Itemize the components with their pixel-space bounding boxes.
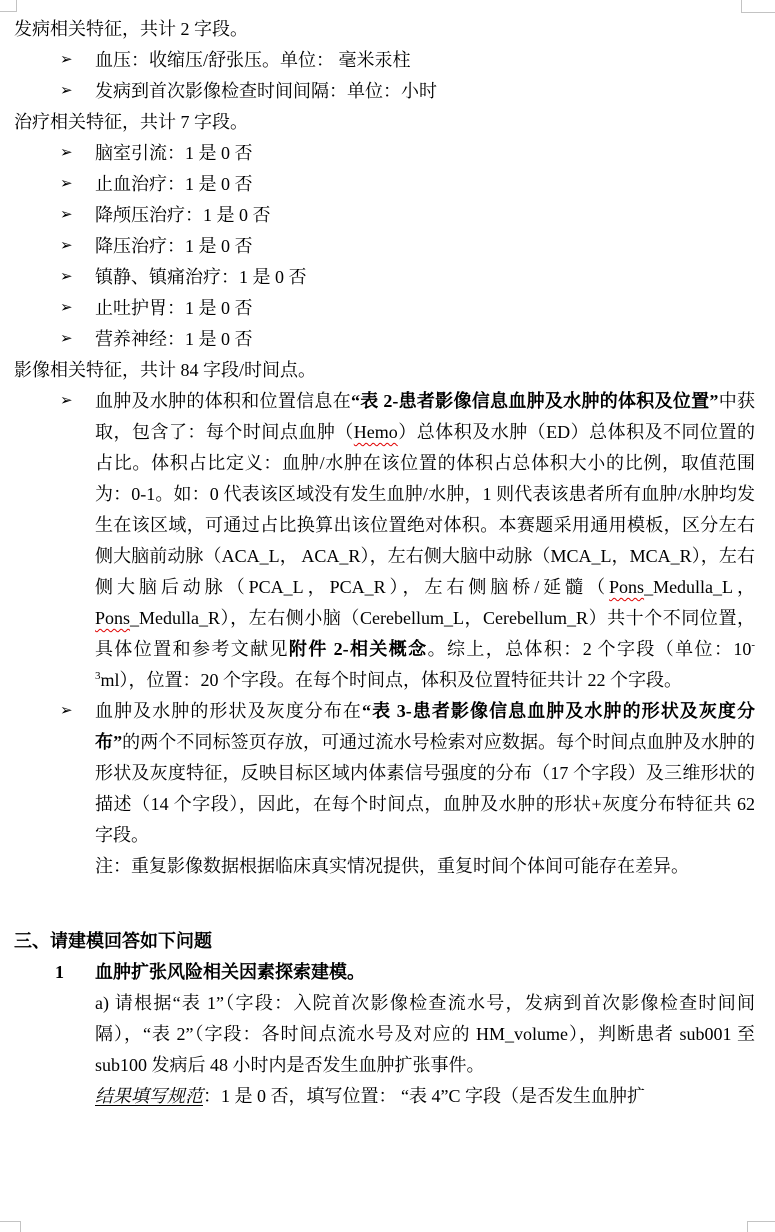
text-run: 血肿及水肿的形状及灰度分布在 bbox=[95, 701, 362, 721]
list-item-text: 营养神经：1 是 0 否 bbox=[95, 324, 755, 355]
list-item-antiemetic: ➢ 止吐护胃：1 是 0 否 bbox=[14, 293, 755, 324]
question1-title: 血肿扩张风险相关因素探索建模。 bbox=[95, 957, 365, 988]
arrow-bullet-icon: ➢ bbox=[60, 200, 95, 231]
document-page: 发病相关特征，共计 2 字段。 ➢ 血压：收缩压/舒张压。单位： 毫米汞柱 ➢ … bbox=[0, 0, 775, 1232]
table2-title-bold: “表 2-患者影像信息血肿及水肿的体积及位置” bbox=[351, 391, 718, 411]
section3-heading: 三、请建模回答如下问题 bbox=[14, 926, 755, 957]
list-item-antihypertensive: ➢ 降压治疗：1 是 0 否 bbox=[14, 231, 755, 262]
text-run: 。综上，总体积：2 个字段（单位：10 bbox=[428, 639, 752, 659]
crop-mark-bottom-left-icon bbox=[0, 1221, 21, 1232]
treatment-section-heading: 治疗相关特征，共计 7 字段。 bbox=[14, 107, 755, 138]
spellcheck-pons-l: Pons bbox=[609, 577, 644, 597]
list-item-onset-interval: ➢ 发病到首次影像检查时间间隔：单位：小时 bbox=[14, 76, 755, 107]
arrow-bullet-icon: ➢ bbox=[60, 138, 95, 169]
list-item-text: 降颅压治疗：1 是 0 否 bbox=[95, 200, 755, 231]
list-item-icp-lowering: ➢ 降颅压治疗：1 是 0 否 bbox=[14, 200, 755, 231]
text-run: ml），位置：20 个字段。在每个时间点，体积及位置特征共计 22 个字段。 bbox=[101, 670, 683, 690]
imaging-volume-position-paragraph: ➢ 血肿及水肿的体积和位置信息在“表 2-患者影像信息血肿及水肿的体积及位置”中… bbox=[14, 386, 755, 696]
question1-number: 1 bbox=[55, 957, 95, 988]
list-item-text: 发病到首次影像检查时间间隔：单位：小时 bbox=[95, 76, 755, 107]
list-item-sedation: ➢ 镇静、镇痛治疗：1 是 0 否 bbox=[14, 262, 755, 293]
arrow-bullet-icon: ➢ bbox=[60, 76, 95, 107]
arrow-bullet-icon: ➢ bbox=[60, 169, 95, 200]
list-item-ventricular-drainage: ➢ 脑室引流：1 是 0 否 bbox=[14, 138, 755, 169]
spellcheck-hemo: Hemo bbox=[354, 422, 398, 442]
arrow-bullet-icon: ➢ bbox=[60, 324, 95, 355]
arrow-bullet-icon: ➢ bbox=[60, 386, 95, 696]
list-item-text: 止血治疗：1 是 0 否 bbox=[95, 169, 755, 200]
list-item-text: 降压治疗：1 是 0 否 bbox=[95, 231, 755, 262]
arrow-bullet-icon: ➢ bbox=[60, 696, 95, 882]
list-item-hemostasis: ➢ 止血治疗：1 是 0 否 bbox=[14, 169, 755, 200]
text-run: _Medulla_L， bbox=[644, 577, 755, 597]
crop-mark-bottom-right-icon bbox=[747, 1221, 775, 1232]
arrow-bullet-icon: ➢ bbox=[60, 262, 95, 293]
arrow-bullet-icon: ➢ bbox=[60, 231, 95, 262]
crop-mark-top-left-icon bbox=[0, 0, 17, 12]
arrow-bullet-icon: ➢ bbox=[60, 45, 95, 76]
crop-mark-top-right-icon bbox=[741, 0, 775, 13]
appendix2-bold: 附件 2-相关概念 bbox=[289, 639, 428, 659]
arrow-bullet-icon: ➢ bbox=[60, 293, 95, 324]
document-content: 发病相关特征，共计 2 字段。 ➢ 血压：收缩压/舒张压。单位： 毫米汞柱 ➢ … bbox=[14, 14, 755, 1112]
text-run: ）总体积及水肿（ED）总体积及不同位置的占比。体积占比定义：血肿/水肿在该位置的… bbox=[95, 422, 755, 597]
list-item-text: 血压：收缩压/舒张压。单位： 毫米汞柱 bbox=[95, 45, 755, 76]
result-rule-label: 结果填写规范 bbox=[95, 1086, 203, 1106]
list-item-neurotrophic: ➢ 营养神经：1 是 0 否 bbox=[14, 324, 755, 355]
list-item-text: 镇静、镇痛治疗：1 是 0 否 bbox=[95, 262, 755, 293]
list-item-text: 脑室引流：1 是 0 否 bbox=[95, 138, 755, 169]
imaging-section-heading: 影像相关特征，共计 84 字段/时间点。 bbox=[14, 355, 755, 386]
result-rule-text: ：1 是 0 否，填写位置： “表 4”C 字段（是否发生血肿扩 bbox=[203, 1086, 645, 1106]
spellcheck-pons-r: Pons bbox=[95, 608, 130, 628]
paragraph-text: 血肿及水肿的形状及灰度分布在“表 3-患者影像信息血肿及水肿的形状及灰度分布”的… bbox=[95, 696, 755, 882]
imaging-shape-intensity-paragraph: ➢ 血肿及水肿的形状及灰度分布在“表 3-患者影像信息血肿及水肿的形状及灰度分布… bbox=[14, 696, 755, 882]
question1-title-row: 1 血肿扩张风险相关因素探索建模。 bbox=[14, 957, 755, 988]
text-run: 的两个不同标签页存放，可通过流水号检索对应数据。每个时间点血肿及水肿的形状及灰度… bbox=[95, 732, 755, 845]
text-run: 血肿及水肿的体积和位置信息在 bbox=[95, 391, 351, 411]
note-line: 注：重复影像数据根据临床真实情况提供，重复时间个体间可能存在差异。 bbox=[95, 851, 755, 882]
question1-item-a: a) 请根据“表 1”（字段：入院首次影像检查流水号，发病到首次影像检查时间间隔… bbox=[95, 988, 755, 1081]
onset-section-heading: 发病相关特征，共计 2 字段。 bbox=[14, 14, 755, 45]
question1-result-rule: 结果填写规范：1 是 0 否，填写位置： “表 4”C 字段（是否发生血肿扩 bbox=[95, 1081, 755, 1112]
list-item-blood-pressure: ➢ 血压：收缩压/舒张压。单位： 毫米汞柱 bbox=[14, 45, 755, 76]
paragraph-text: 血肿及水肿的体积和位置信息在“表 2-患者影像信息血肿及水肿的体积及位置”中获取… bbox=[95, 386, 755, 696]
list-item-text: 止吐护胃：1 是 0 否 bbox=[95, 293, 755, 324]
paragraph-main: 血肿及水肿的形状及灰度分布在“表 3-患者影像信息血肿及水肿的形状及灰度分布”的… bbox=[95, 696, 755, 851]
